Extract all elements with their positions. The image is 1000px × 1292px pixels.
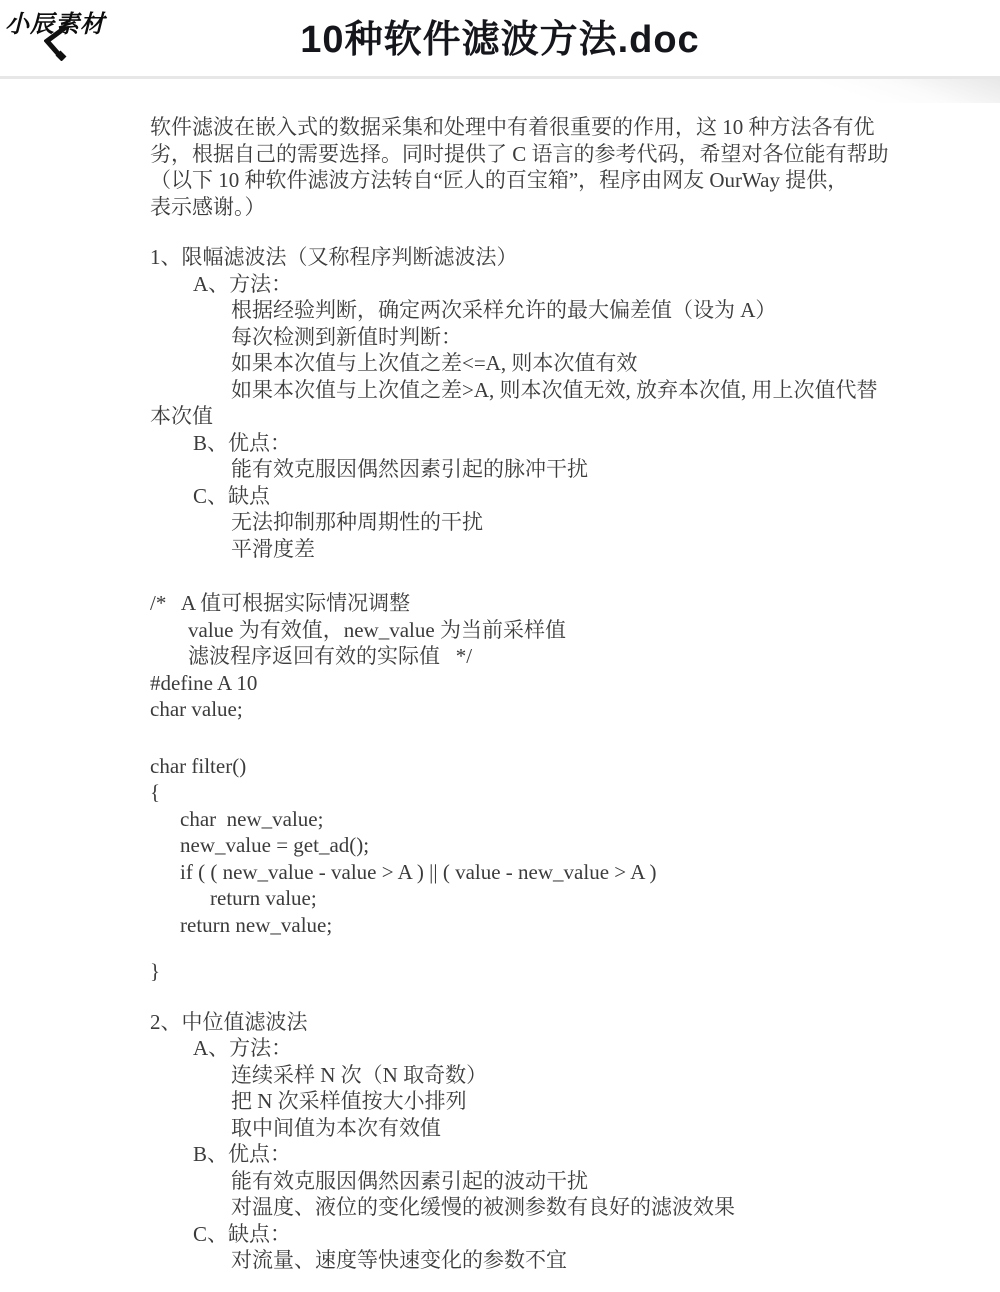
doc-line: return value;: [150, 885, 950, 912]
doc-line: 能有效克服因偶然因素引起的波动干扰: [150, 1168, 950, 1195]
doc-line: 表示感谢。）: [150, 194, 950, 221]
doc-line: char new_value;: [150, 806, 950, 833]
doc-line: 无法抑制那种周期性的干扰: [150, 509, 950, 536]
doc-line: }: [150, 958, 950, 985]
doc-line: 劣，根据自己的需要选择。同时提供了 C 语言的参考代码，希望对各位能有帮助: [150, 141, 950, 168]
doc-line: value 为有效值，new_value 为当前采样值: [150, 617, 950, 644]
doc-line: 如果本次值与上次值之差>A, 则本次值无效, 放弃本次值, 用上次值代替: [150, 377, 950, 404]
doc-line: new_value = get_ad();: [150, 832, 950, 859]
doc-line: 平滑度差: [150, 536, 950, 563]
doc-line: B、优点：: [150, 430, 950, 457]
doc-line: 软件滤波在嵌入式的数据采集和处理中有着很重要的作用，这 10 种方法各有优: [150, 114, 950, 141]
doc-line: 每次检测到新值时判断：: [150, 324, 950, 351]
document-header: 10种软件滤波方法.doc 小辰素材: [0, 0, 1000, 76]
document-body: 软件滤波在嵌入式的数据采集和处理中有着很重要的作用，这 10 种方法各有优劣，根…: [150, 114, 950, 1274]
doc-line: {: [150, 779, 950, 806]
doc-line: （以下 10 种软件滤波方法转自“匠人的百宝箱”，程序由网友 OurWay 提供…: [150, 167, 950, 194]
doc-line: 对温度、液位的变化缓慢的被测参数有良好的滤波效果: [150, 1194, 950, 1221]
doc-line: 如果本次值与上次值之差<=A, 则本次值有效: [150, 350, 950, 377]
doc-line: 1、限幅滤波法（又称程序判断滤波法）: [150, 244, 950, 271]
doc-line: 把 N 次采样值按大小排列: [150, 1088, 950, 1115]
doc-line: #define A 10: [150, 670, 950, 697]
doc-line: 滤波程序返回有效的实际值 */: [150, 643, 950, 670]
doc-line: B、优点：: [150, 1141, 950, 1168]
doc-line: 能有效克服因偶然因素引起的脉冲干扰: [150, 456, 950, 483]
doc-line: char filter(): [150, 753, 950, 780]
doc-line: C、缺点：: [150, 1221, 950, 1248]
doc-line: C、缺点: [150, 483, 950, 510]
doc-line: 2、中位值滤波法: [150, 1009, 950, 1036]
doc-line: char value;: [150, 696, 950, 723]
watermark-swoosh-icon: [44, 25, 70, 61]
page-title: 10种软件滤波方法.doc: [0, 8, 1000, 63]
doc-line: return new_value;: [150, 912, 950, 939]
doc-line: 根据经验判断，确定两次采样允许的最大偏差值（设为 A）: [150, 297, 950, 324]
corner-shade: [810, 79, 1000, 103]
doc-line: A、方法：: [150, 271, 950, 298]
doc-line: 取中间值为本次有效值: [150, 1115, 950, 1142]
doc-line: 本次值: [150, 403, 950, 430]
header-divider: [0, 76, 1000, 79]
doc-line: 连续采样 N 次（N 取奇数）: [150, 1062, 950, 1089]
doc-line: 对流量、速度等快速变化的参数不宜: [150, 1247, 950, 1274]
doc-line: /* A 值可根据实际情况调整: [150, 590, 950, 617]
doc-line: if ( ( new_value - value > A ) || ( valu…: [150, 859, 950, 886]
doc-line: A、方法：: [150, 1035, 950, 1062]
